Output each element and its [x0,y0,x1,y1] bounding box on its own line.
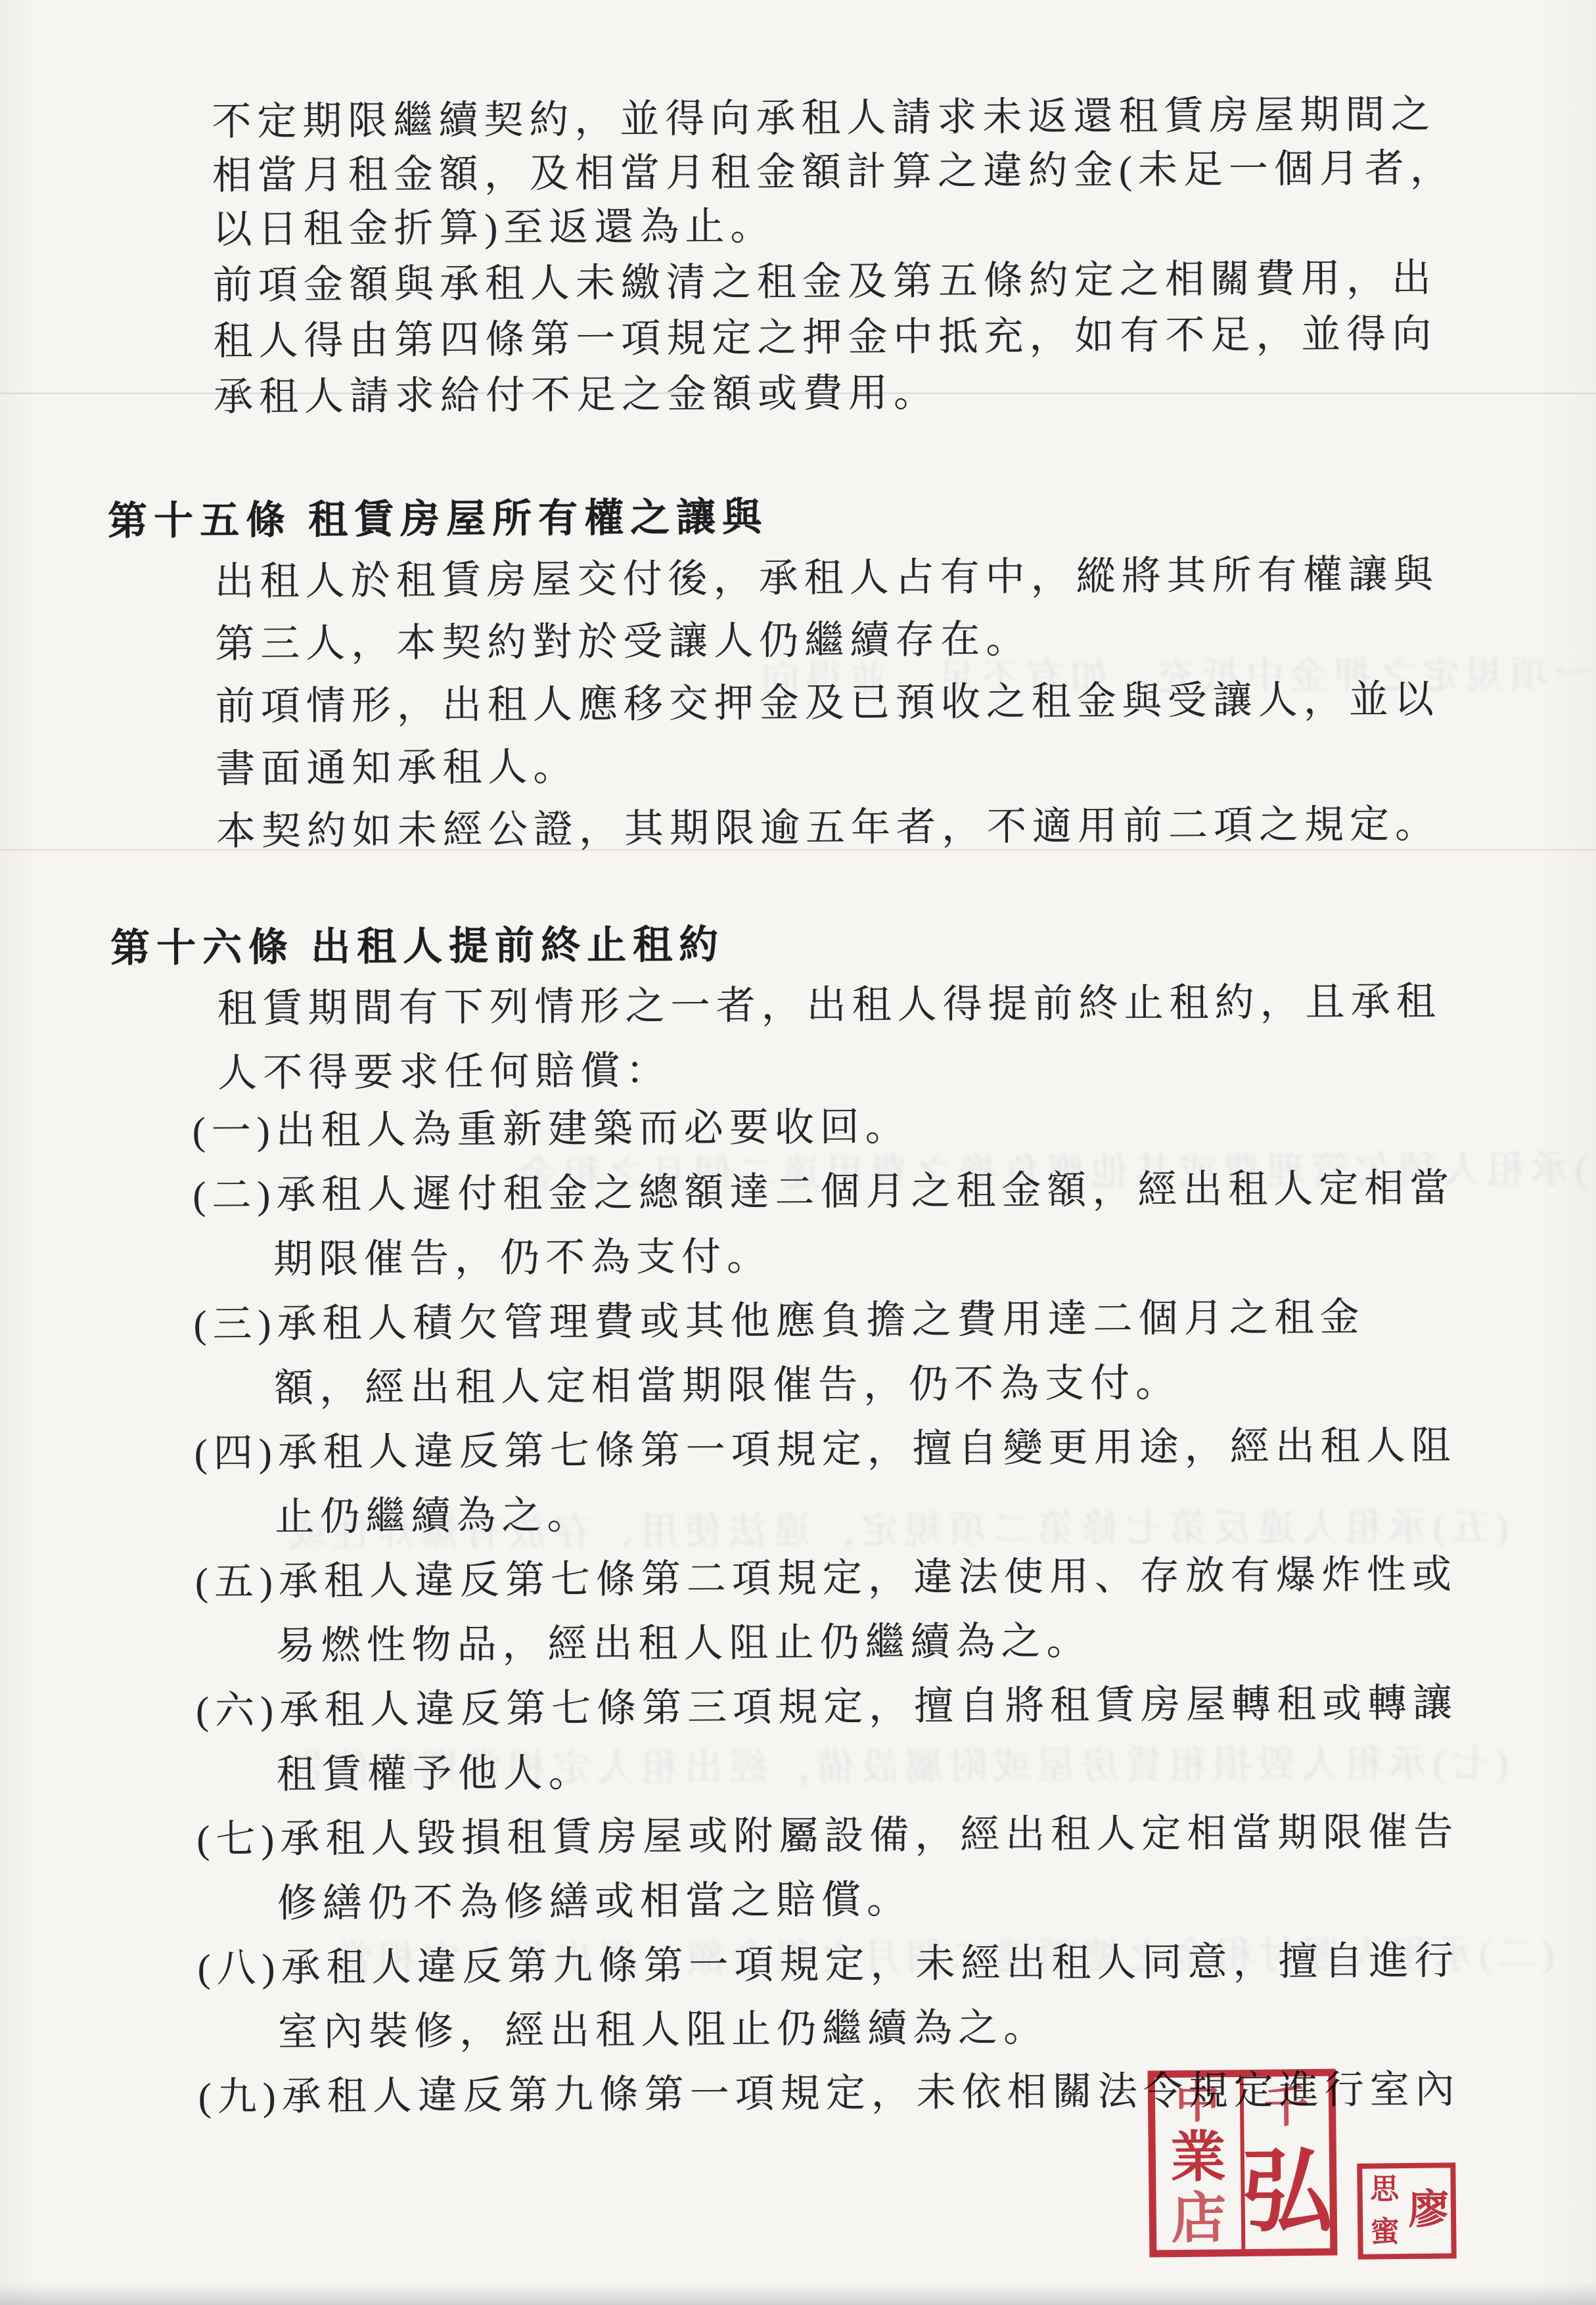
seal-layer: 中 業 店 千 弘 思 蜜 廖 [0,0,1596,2305]
seal-character: 中 [1175,2080,1220,2126]
seal-character: 弘 [1244,2145,1331,2241]
seal-character: 千 [1264,2084,1309,2130]
company-seal-right-column: 千 弘 [1244,2076,1331,2249]
seal-character: 店 [1171,2191,1227,2247]
seal-character: 廖 [1408,2189,1449,2233]
seal-character: 思 [1370,2175,1399,2206]
seal-character: 業 [1170,2130,1226,2186]
name-seal-right-column: 廖 [1406,2168,1451,2254]
document-page: 租人得由第四條第一項規定之押金中抵充，如有不足，並得向 (三)承租人積欠管理費或… [0,0,1596,2305]
company-seal: 中 業 店 千 弘 [1148,2069,1338,2258]
seal-character: 蜜 [1371,2218,1400,2248]
company-seal-left-column: 中 業 店 [1155,2077,1246,2250]
name-seal: 思 蜜 廖 [1357,2162,1457,2260]
scan-edge-shadow [0,2283,1596,2305]
name-seal-left-column: 思 蜜 [1362,2168,1407,2254]
